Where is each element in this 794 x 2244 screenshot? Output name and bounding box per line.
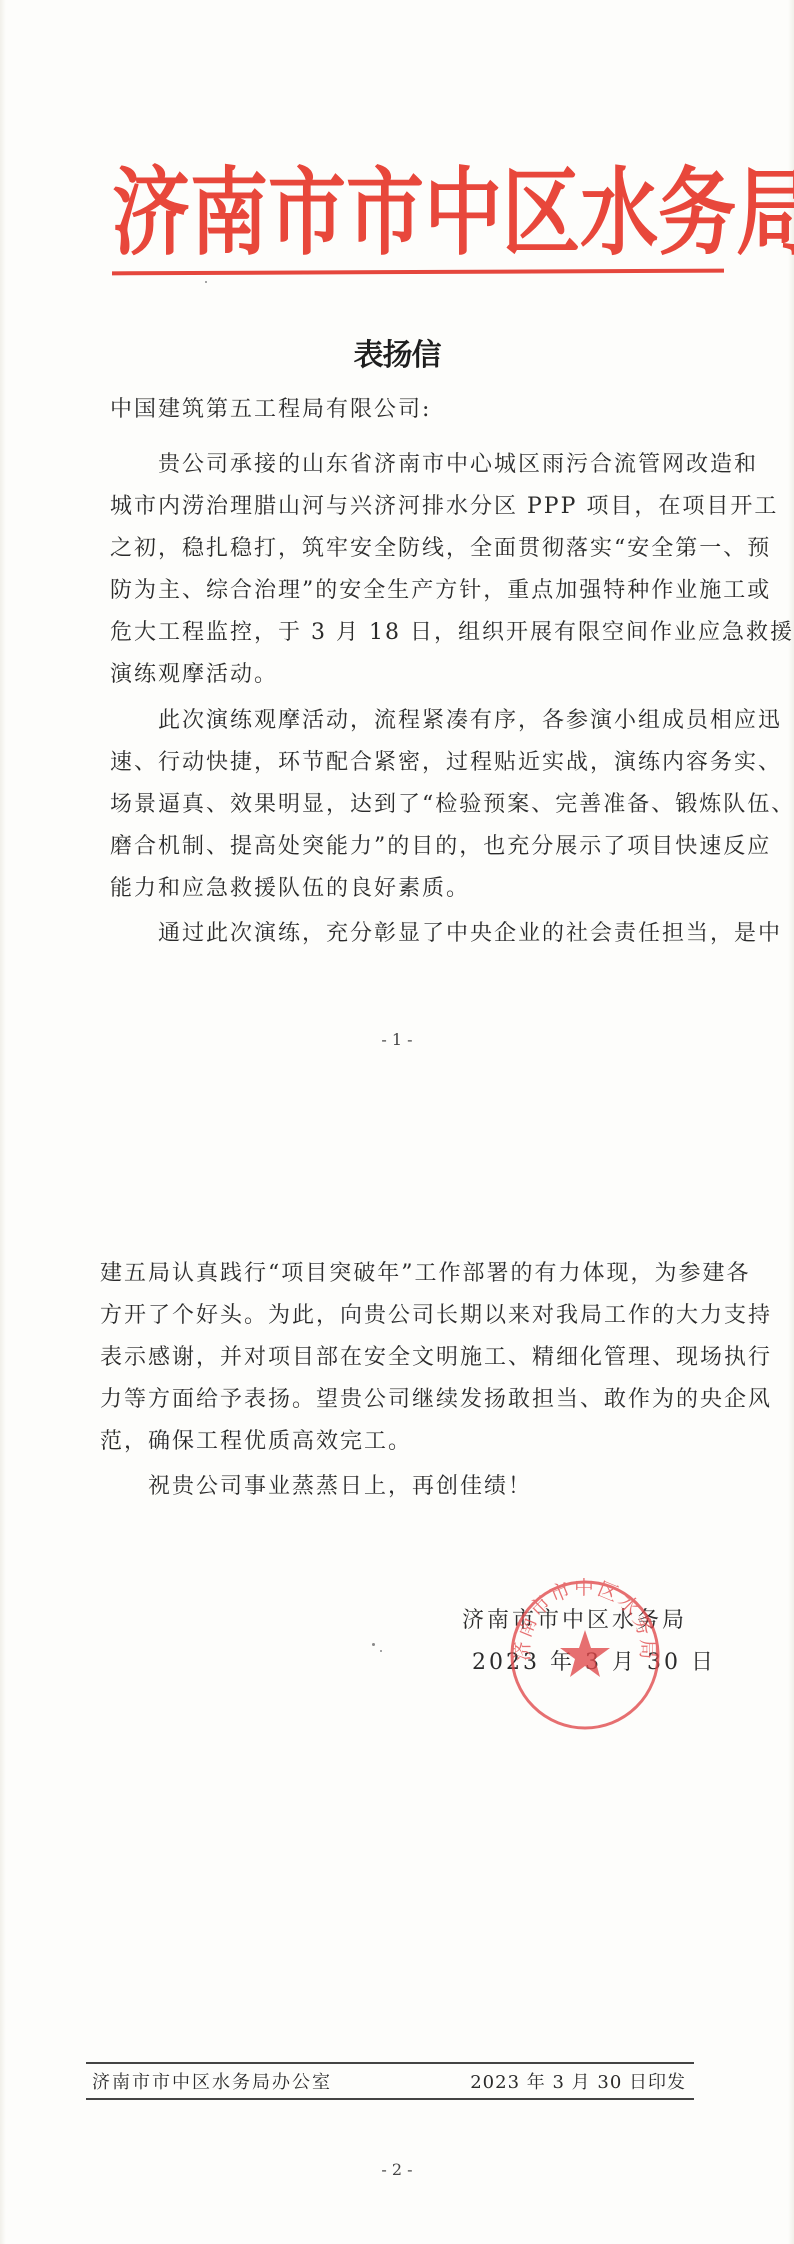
footer-issuer: 济南市市中区水务局办公室 — [92, 2068, 332, 2094]
letterhead-char: 南 — [190, 137, 268, 274]
scan-speck — [205, 281, 207, 283]
body-paragraph-2: 此次演练观摩活动，流程紧凑有序，各参演小组成员相应迅 速、行动快捷，环节配合紧密… — [110, 700, 690, 910]
text-line: 建五局认真践行“项目突破年”工作部署的有力体现，为参建各 — [100, 1253, 680, 1295]
text-line: 方开了个好头。为此，向贵公司长期以来对我局工作的大力支持 — [100, 1295, 680, 1337]
text-line: 能力和应急救援队伍的良好素质。 — [110, 868, 690, 910]
footer-issue-date: 2023 年 3 月 30 日印发 — [470, 2068, 686, 2094]
text-line: 此次演练观摩活动，流程紧凑有序，各参演小组成员相应迅 — [110, 700, 690, 742]
text-line: 速、行动快捷，环节配合紧密，过程贴近实战，演练内容务实、 — [110, 742, 690, 784]
text-line: 表示感谢，并对项目部在安全文明施工、精细化管理、现场执行 — [100, 1337, 680, 1379]
body-paragraph-4: 建五局认真践行“项目突破年”工作部署的有力体现，为参建各 方开了个好头。为此，向… — [100, 1253, 680, 1463]
text-line: 力等方面给予表扬。望贵公司继续发扬敢担当、敢作为的央企风 — [100, 1379, 680, 1421]
text-line: 磨合机制、提高处突能力”的目的，也充分展示了项目快速反应 — [110, 826, 690, 868]
letterhead-title: 济 南 市 市 中 区 水 务 局 — [112, 150, 724, 260]
letterhead-char: 区 — [502, 137, 580, 274]
letterhead-char: 市 — [268, 137, 346, 274]
text-line: 防为主、综合治理”的安全生产方针，重点加强特种作业施工或 — [110, 570, 690, 612]
page-number-1: - 1 - — [0, 1030, 794, 1049]
text-line: 贵公司承接的山东省济南市中心城区雨污合流管网改造和 — [110, 444, 690, 486]
letterhead-char: 济 — [112, 137, 190, 274]
letterhead-char: 市 — [346, 137, 424, 274]
text-line: 演练观摩活动。 — [110, 654, 690, 696]
footer-bottom-rule — [86, 2098, 694, 2100]
letterhead-char: 局 — [736, 137, 794, 274]
letterhead-char: 中 — [424, 137, 502, 274]
scan-speck — [372, 1643, 375, 1646]
official-seal-icon: 济南市市中区水务局 — [508, 1578, 662, 1732]
letterhead-char: 水 — [580, 137, 658, 274]
scan-speck — [380, 1650, 382, 1652]
text-line: 祝贵公司事业蒸蒸日上，再创佳绩！ — [100, 1466, 680, 1508]
footer-top-rule — [86, 2062, 694, 2064]
text-line: 之初，稳扎稳打，筑牢安全防线，全面贯彻落实“安全第一、预 — [110, 528, 690, 570]
page-number-2: - 2 - — [0, 2160, 794, 2179]
closing-wishes: 祝贵公司事业蒸蒸日上，再创佳绩！ — [100, 1466, 680, 1508]
document-title: 表扬信 — [0, 330, 794, 374]
body-paragraph-3: 通过此次演练，充分彰显了中央企业的社会责任担当，是中 — [110, 913, 690, 955]
letterhead-char: 务 — [658, 137, 736, 274]
salutation: 中国建筑第五工程局有限公司: — [110, 392, 431, 423]
text-line: 城市内涝治理腊山河与兴济河排水分区 PPP 项目，在项目开工 — [110, 486, 690, 528]
text-line: 通过此次演练，充分彰显了中央企业的社会责任担当，是中 — [110, 913, 690, 955]
text-line: 危大工程监控，于 3 月 18 日，组织开展有限空间作业应急救援 — [110, 612, 690, 654]
body-paragraph-1: 贵公司承接的山东省济南市中心城区雨污合流管网改造和 城市内涝治理腊山河与兴济河排… — [110, 444, 690, 696]
text-line: 范，确保工程优质高效完工。 — [100, 1421, 680, 1463]
text-line: 场景逼真、效果明显，达到了“检验预案、完善准备、锻炼队伍、 — [110, 784, 690, 826]
